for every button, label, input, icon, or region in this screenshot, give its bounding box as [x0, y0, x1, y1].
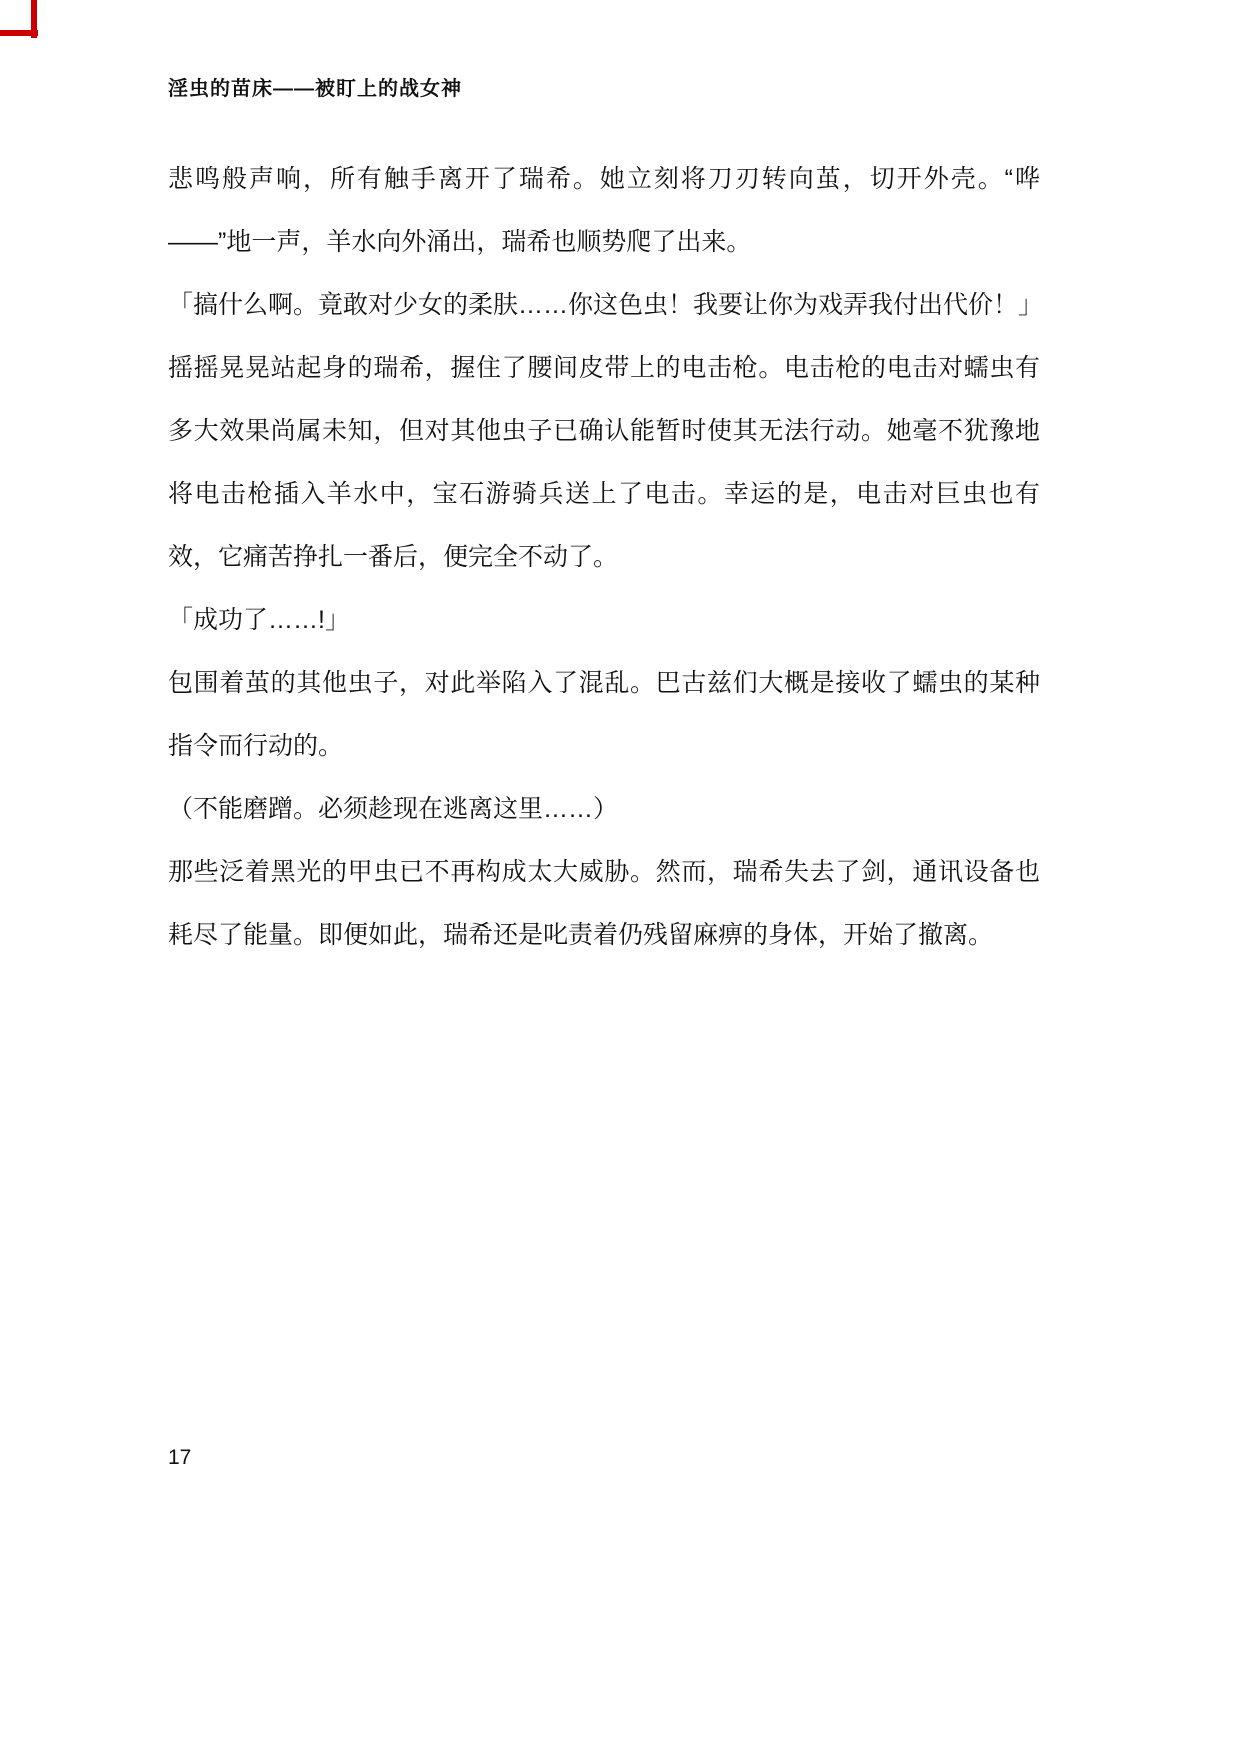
- paragraph: 那些泛着黑光的甲虫已不再构成太大威胁。然而，瑞希失去了剑，通讯设备也耗尽了能量。…: [168, 841, 1040, 967]
- page-number: 17: [168, 1446, 191, 1470]
- corner-mark-horizontal: [0, 30, 38, 36]
- paragraph: 包围着茧的其他虫子，对此举陷入了混乱。巴古兹们大概是接收了蠕虫的某种指令而行动的…: [168, 652, 1040, 778]
- running-header: 淫虫的苗床——被盯上的战女神: [168, 72, 1040, 101]
- page-title: 淫虫的苗床——被盯上的战女神: [168, 72, 1040, 101]
- paragraph: 「成功了……!」: [168, 589, 1040, 652]
- body-text: 悲鸣般声响，所有触手离开了瑞希。她立刻将刀刃转向茧，切开外壳。“哗——”地一声，…: [168, 148, 1040, 967]
- paragraph: 悲鸣般声响，所有触手离开了瑞希。她立刻将刀刃转向茧，切开外壳。“哗——”地一声，…: [168, 148, 1040, 274]
- paragraph: 摇摇晃晃站起身的瑞希，握住了腰间皮带上的电击枪。电击枪的电击对蠕虫有多大效果尚属…: [168, 337, 1040, 589]
- document-page: 淫虫的苗床——被盯上的战女神 悲鸣般声响，所有触手离开了瑞希。她立刻将刀刃转向茧…: [0, 0, 1240, 1753]
- paragraph: 「搞什么啊。竟敢对少女的柔肤……你这色虫！我要让你为戏弄我付出代价！」: [168, 274, 1040, 337]
- paragraph: （不能磨蹭。必须趁现在逃离这里……）: [168, 778, 1040, 841]
